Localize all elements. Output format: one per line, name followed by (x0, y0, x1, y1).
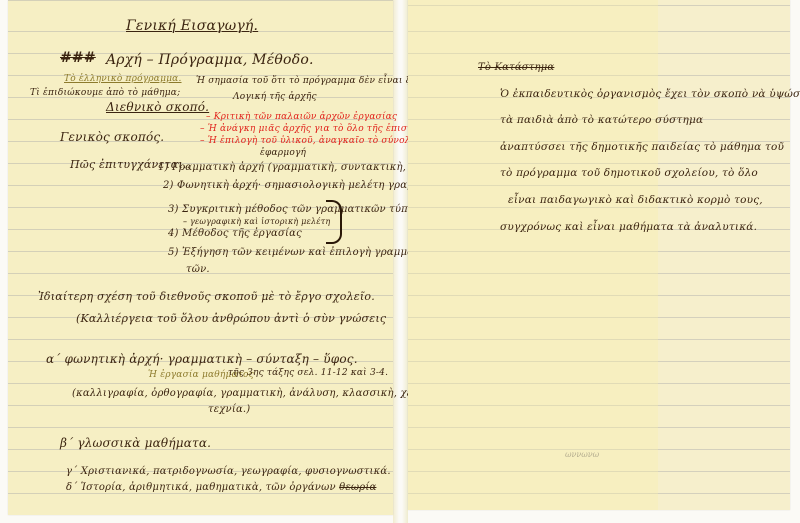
paren-line: (καλλιγραφία, ὀρθογραφία, γραμματικὴ, ἀν… (72, 388, 432, 399)
page-title: Γενική Εισαγωγή. (126, 18, 258, 34)
red-note: – Κριτικὴ τῶν παλαιῶν ἀρχῶν ἐργασίας (206, 112, 397, 122)
left-note: Τὶ ἐπιδιώκουμε ἀπὸ τὸ μάθημα; (30, 88, 180, 98)
paren-line: τεχνία.) (208, 404, 250, 415)
red-note: – Ἡ ἀνάγκη μιᾶς ἀρχῆς για τὸ ὅλο τῆς ἐπι… (200, 124, 435, 134)
paragraph-line: συγχρόνως καὶ εἶναι μαθήματα τὰ ἀναλυτικ… (500, 221, 757, 233)
general-purpose-heading: Γενικὸς σκοπός. (60, 130, 164, 144)
paragraph-line: Ὁ ἐκπαιδευτικὸς ὀργανισμὸς ἔχει τὸν σκοπ… (500, 88, 800, 100)
list-item: 2) Φωνητικὴ ἀρχή· σημασιολογικὴ μελέτη γ… (163, 180, 448, 191)
section-heading: Αρχή – Πρόγραμμα, Μέθοδο. (106, 52, 314, 68)
right-manuscript-page: Τὸ Κατάστημα Ὁ ἐκπαιδευτικὸς ὀργανισμὸς … (408, 0, 790, 510)
paragraph-line: τὰ παιδιὰ ἀπὸ τὸ κατώτερο σύστημα (500, 114, 703, 126)
delta-struck-word: θεωρία (339, 482, 376, 493)
list-item: τῶν. (186, 264, 210, 275)
gamma-line: γ΄ Χριστιανικά, πατριδογνωσία, γεωγραφία… (66, 466, 391, 477)
struck-heading: Τὸ Κατάστημα (478, 62, 554, 73)
list-subnote: – γεωγραφικὴ καὶ ἱστορικὴ μελέτη (183, 217, 330, 226)
paragraph-line: τὸ πρόγραμμα τοῦ δημοτικοῦ σχολείου, τὸ … (500, 167, 758, 179)
paragraph-line: ἀναπτύσσει τῆς δημοτικῆς παιδείας τὸ μάθ… (500, 141, 784, 153)
red-note: – Ἡ ἐπιλογὴ τοῦ ὑλικοῦ, ἀναγκαῖο τὸ σύνο… (200, 136, 422, 146)
list-item: 4) Μέθοδος τῆς ἐργασίας (168, 228, 302, 239)
paragraph-line: εἶναι παιδαγωγικὸ καὶ διδακτικὸ κορμὸ το… (508, 194, 763, 206)
delta-text: δ΄ Ἱστορία, ἀριθμητικά, μαθηματικὰ, τῶν … (66, 482, 336, 493)
subheading: Διεθνικὸ σκοπό. (106, 100, 209, 114)
delta-line: δ΄ Ἱστορία, ἀριθμητικά, μαθηματικὰ, τῶν … (66, 482, 376, 493)
list-item: 5) Ἐξήγηση τῶν κειμένων καὶ ἐπιλογὴ γραμ… (168, 247, 418, 258)
alpha-line: α΄ φωνητικὴ ἀρχή· γραμματικὴ – σύνταξη –… (46, 352, 358, 366)
curly-brace-mark (326, 200, 342, 244)
crossed-mark: ### (60, 50, 96, 66)
olive-note: Τὸ ἑλληνικὸ πρόγραμμα. (64, 74, 182, 84)
left-manuscript-page: Γενική Εισαγωγή. ### Αρχή – Πρόγραμμα, Μ… (8, 0, 393, 515)
beta-line: β΄ γλωσσικὰ μαθήματα. (60, 436, 211, 450)
alpha-note: τῆς 3ης τάξης σελ. 11-12 καὶ 3-4. (228, 368, 388, 378)
margin-note: ἐφαρμογή (260, 148, 306, 158)
faint-stamp-mark: ωννωνω (565, 450, 599, 459)
paragraph: (Καλλιέργεια τοῦ ὅλου ἀνθρώπου ἀντὶ ὁ σὺ… (76, 312, 386, 325)
paragraph: Ἰδιαίτερη σχέση τοῦ διεθνοῦς σκοποῦ μὲ τ… (38, 290, 375, 303)
list-item: 3) Συγκριτικὴ μέθοδος τῶν γραμματικῶν τύ… (168, 204, 423, 215)
right-note: Ἡ σημασία τοῦ ὅτι τὸ πρόγραμμα δὲν εἶναι… (196, 76, 430, 86)
right-note-2: Λογική τῆς ἀρχῆς (233, 92, 317, 102)
